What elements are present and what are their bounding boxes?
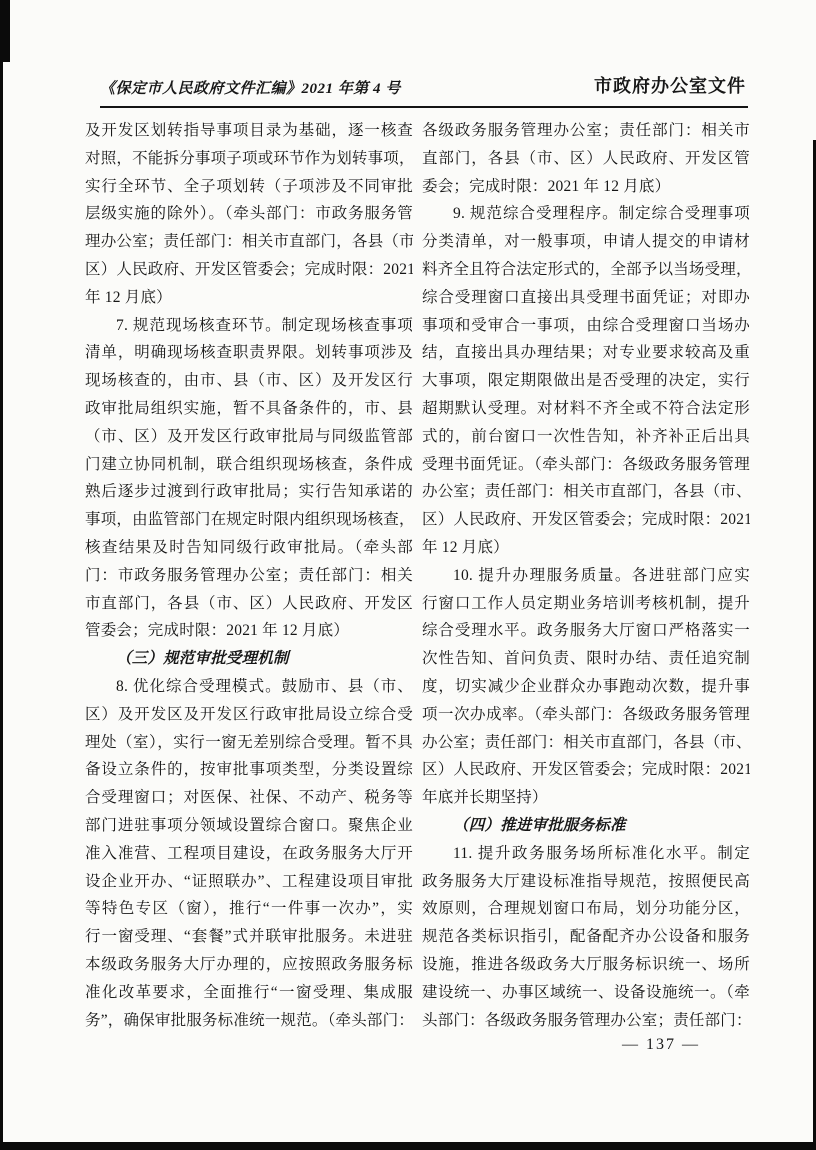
text-line: 式的，前台窗口一次性告知，补齐补正后出具 <box>422 423 750 451</box>
text-line: 门：市政务服务管理办公室；责任部门：相关 <box>85 562 413 590</box>
text-line: 综合受理窗口直接出具受理书面凭证；对即办 <box>422 284 750 312</box>
scan-artifact-corner-blob <box>0 0 10 62</box>
right-column: 各级政务服务管理办公室；责任部门：相关市直部门，各县（市、区）人民政府、开发区管… <box>422 117 750 1034</box>
text-line: 办公室；责任部门：相关市直部门，各县（市、 <box>422 729 750 757</box>
text-line: 委会；完成时限：2021 年 12 月底） <box>422 173 750 201</box>
text-line: 设企业开办、“证照联办”、工程建设项目审批 <box>85 868 413 896</box>
text-line: 层级实施的除外）。（牵头部门：市政务服务管 <box>85 200 413 228</box>
text-line: 理处（室），实行一窗无差别综合受理。暂不具 <box>85 729 413 757</box>
text-line: 备设立条件的，按审批事项类型，分类设置综 <box>85 756 413 784</box>
text-line: 准化改革要求，全面推行“一窗受理、集成服 <box>85 979 413 1007</box>
text-line: 实行全环节、全子项划转（子项涉及不同审批 <box>85 173 413 201</box>
text-line: 各级政务服务管理办公室；责任部门：相关市 <box>422 117 750 145</box>
text-line: 政审批局组织实施，暂不具备条件的，市、县 <box>85 395 413 423</box>
text-line: 11. 提升政务服务场所标准化水平。制定 <box>422 840 750 868</box>
text-line: 10. 提升办理服务质量。各进驻部门应实 <box>422 562 750 590</box>
header-rule <box>100 106 748 108</box>
document-body: 及开发区划转指导事项目录为基础，逐一核查对照，不能拆分事项子项或环节作为划转事项… <box>85 117 750 1034</box>
text-line: 受理书面凭证。（牵头部门：各级政务服务管理 <box>422 451 750 479</box>
text-line: 理办公室；责任部门：相关市直部门，各县（市、 <box>85 228 413 256</box>
text-line: 事项和受审合一事项，由综合受理窗口当场办 <box>422 312 750 340</box>
compilation-title: 《保定市人民政府文件汇编》2021 年第 4 号 <box>100 77 401 98</box>
text-line: 市直部门，各县（市、区）人民政府、开发区 <box>85 590 413 618</box>
text-line: 头部门：各级政务服务管理办公室；责任部门： <box>422 1007 750 1035</box>
text-line: 年 12 月底） <box>85 284 413 312</box>
text-line: 综合受理水平。政务服务大厅窗口严格落实一 <box>422 617 750 645</box>
text-line: 料齐全且符合法定形式的，全部予以当场受理， <box>422 256 750 284</box>
text-line: 管委会；完成时限：2021 年 12 月底） <box>85 617 413 645</box>
text-line: 现场核查的，由市、县（市、区）及开发区行 <box>85 367 413 395</box>
text-line: 部门进驻事项分领域设置综合窗口。聚焦企业 <box>85 812 413 840</box>
text-line: 办公室；责任部门：相关市直部门，各县（市、 <box>422 478 750 506</box>
left-column: 及开发区划转指导事项目录为基础，逐一核查对照，不能拆分事项子项或环节作为划转事项… <box>85 117 413 1034</box>
text-line: 行一窗受理、“套餐”式并联审批服务。未进驻 <box>85 923 413 951</box>
text-line: 度，切实减少企业群众办事跑动次数，提升事 <box>422 673 750 701</box>
text-line: 准入准营、工程项目建设，在政务服务大厅开 <box>85 840 413 868</box>
text-line: 区）人民政府、开发区管委会；完成时限：2021 <box>422 506 750 534</box>
text-line: 务”，确保审批服务标准统一规范。（牵头部门： <box>85 1007 413 1035</box>
text-line: 超期默认受理。对材料不齐全或不符合法定形 <box>422 395 750 423</box>
text-line: 建设统一、办事区域统一、设备设施统一。（牵 <box>422 979 750 1007</box>
text-line: 熟后逐步过渡到行政审批局；实行告知承诺的 <box>85 478 413 506</box>
text-line: 次性告知、首问负责、限时办结、责任追究制 <box>422 645 750 673</box>
page-number: — 137 — <box>422 1036 750 1054</box>
text-line: 分类清单，对一般事项，申请人提交的申请材 <box>422 228 750 256</box>
text-line: 直部门，各县（市、区）人民政府、开发区管 <box>422 145 750 173</box>
text-line: 项一次办成率。（牵头部门：各级政务服务管理 <box>422 701 750 729</box>
text-line: 行窗口工作人员定期业务培训考核机制，提升 <box>422 590 750 618</box>
text-line: 区）人民政府、开发区管委会；完成时限：2021 <box>422 756 750 784</box>
text-line: 9. 规范综合受理程序。制定综合受理事项 <box>422 200 750 228</box>
text-line: 事项，由监管部门在规定时限内组织现场核查， <box>85 506 413 534</box>
text-line: 设施，推进各级政务大厅服务标识统一、场所 <box>422 951 750 979</box>
text-line: 清单，明确现场核查职责界限。划转事项涉及 <box>85 339 413 367</box>
text-line: 及开发区划转指导事项目录为基础，逐一核查 <box>85 117 413 145</box>
text-line: 等特色专区（窗），推行“一件事一次办”，实 <box>85 895 413 923</box>
text-line: 合受理窗口；对医保、社保、不动产、税务等 <box>85 784 413 812</box>
document-category: 市政府办公室文件 <box>594 72 746 98</box>
text-line: 区）人民政府、开发区管委会；完成时限：2021 <box>85 256 413 284</box>
section-heading: （三）规范审批受理机制 <box>85 645 413 673</box>
text-line: 7. 规范现场核查环节。制定现场核查事项 <box>85 312 413 340</box>
page-header: 《保定市人民政府文件汇编》2021 年第 4 号 市政府办公室文件 <box>100 72 746 98</box>
scanned-page: 《保定市人民政府文件汇编》2021 年第 4 号 市政府办公室文件 及开发区划转… <box>0 0 816 1150</box>
text-line: 8. 优化综合受理模式。鼓励市、县（市、 <box>85 673 413 701</box>
text-line: 政务服务大厅建设标准指导规范，按照便民高 <box>422 868 750 896</box>
text-line: 核查结果及时告知同级行政审批局。（牵头部 <box>85 534 413 562</box>
text-line: 年底并长期坚持） <box>422 784 750 812</box>
text-line: 本级政务服务大厅办理的，应按照政务服务标 <box>85 951 413 979</box>
text-line: 规范各类标识指引，配备配齐办公设备和服务 <box>422 923 750 951</box>
text-line: 结，直接出具办理结果；对专业要求较高及重 <box>422 339 750 367</box>
text-line: 年 12 月底） <box>422 534 750 562</box>
text-line: 效原则，合理规划窗口布局，划分功能分区， <box>422 895 750 923</box>
text-line: （市、区）及开发区行政审批局与同级监管部 <box>85 423 413 451</box>
section-heading: （四）推进审批服务标准 <box>422 812 750 840</box>
scan-artifact-bottom-edge <box>0 1142 816 1150</box>
scan-artifact-left-edge <box>0 0 3 1150</box>
text-line: 区）及开发区及开发区行政审批局设立综合受 <box>85 701 413 729</box>
text-line: 对照，不能拆分事项子项或环节作为划转事项， <box>85 145 413 173</box>
text-line: 门建立协同机制，联合组织现场核查，条件成 <box>85 451 413 479</box>
text-line: 大事项，限定期限做出是否受理的决定，实行 <box>422 367 750 395</box>
